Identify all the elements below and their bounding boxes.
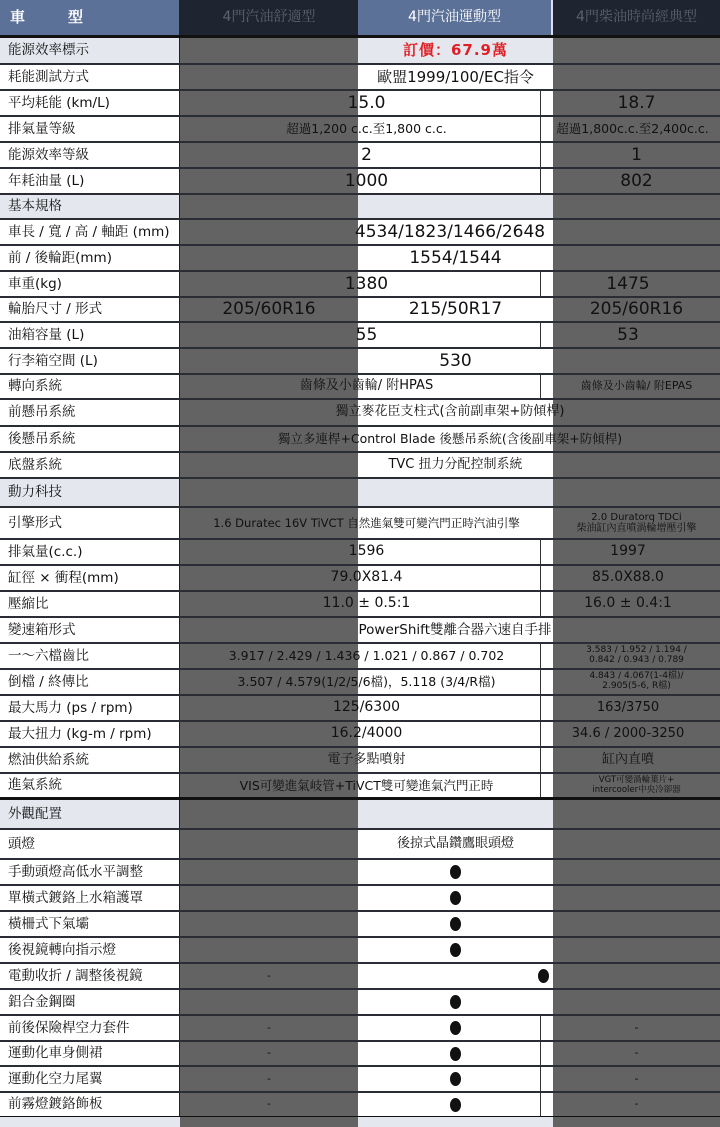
cell (358, 1042, 553, 1065)
table-row: 平均耗能 (km/L) 15.0 18.7 (0, 91, 720, 117)
cell (553, 38, 720, 63)
row-label: 轉向系統 (0, 375, 180, 398)
cell (553, 800, 720, 828)
cell (180, 1117, 358, 1127)
table-row: 變速箱形式 PowerShift雙離合器六速自手排 (0, 618, 720, 644)
table-row: 燃油供給系統 電子多點噴射 缸內直噴 (0, 748, 720, 774)
cell-value: - (180, 1093, 358, 1116)
divider (540, 91, 541, 115)
row-label: 橫柵式下氣壩 (0, 912, 180, 936)
row-label: 最大扭力 (kg-m / rpm) (0, 722, 180, 746)
row-label: 缸徑 × 衝程(mm) (0, 566, 180, 590)
row-label: 排氣量等級 (0, 117, 180, 141)
cell-value: 15.0 (180, 91, 553, 115)
divider (540, 774, 541, 797)
table-row: 能源效率標示 訂價：67.9萬 (0, 38, 720, 65)
cell-value: 79.0X81.4 (180, 566, 553, 590)
price-label: 訂價：67.9萬 (358, 38, 553, 63)
cell-value: 4534/1823/1466/2648 (340, 220, 560, 244)
cell-line: 0.842 / 0.943 / 0.789 (589, 656, 684, 666)
row-label: 年耗油量 (L) (0, 169, 180, 193)
divider (540, 722, 541, 746)
row-label: 油箱容量 (L) (0, 323, 180, 347)
table-row: 鋁合金鋼圈 (0, 990, 720, 1016)
divider (540, 323, 541, 347)
row-label: 耗能測試方式 (0, 65, 180, 89)
cell (358, 1117, 553, 1127)
cell-value: 215/50R17 (358, 298, 553, 321)
cell-value: VGT可變渦輪葉片+ intercooler中央冷卻器 (553, 774, 720, 797)
row-label: 能源效率等級 (0, 143, 180, 167)
row-label: 進氣系統 (0, 774, 180, 797)
cell (553, 618, 720, 642)
divider (540, 169, 541, 193)
cell-value: 獨立麥花臣支柱式(含前副車架+防傾桿) (180, 400, 720, 425)
standard-dot-icon (538, 969, 549, 983)
row-label: 前霧燈鍍鉻飾板 (0, 1093, 180, 1116)
cell-value: - (553, 1093, 720, 1116)
cell-value: 802 (553, 169, 720, 193)
cell-value: 超過1,200 c.c.至1,800 c.c. (180, 117, 553, 141)
table-row: 前 / 後輪距(mm) 1554/1544 (0, 246, 720, 272)
standard-dot-icon (450, 1072, 461, 1086)
table-row: 電動收折 / 調整後視鏡 - (0, 964, 720, 990)
cell-value: 85.0X88.0 (553, 566, 703, 590)
table-row: 能源效率等級 2 1 (0, 143, 720, 169)
cell (553, 912, 720, 936)
table-row: 耗能測試方式 歐盟1999/100/EC指令 (0, 65, 720, 91)
table-row: 橫柵式下氣壩 (0, 912, 720, 938)
cell-value: 53 (553, 323, 703, 347)
section-title: 動力科技 (0, 479, 180, 506)
divider (540, 748, 541, 772)
table-row: 行李箱空間 (L) 530 (0, 349, 720, 375)
cell (358, 195, 553, 218)
cell (180, 618, 358, 642)
cell-value: 1596 (180, 540, 553, 564)
cell-value: TVC 扭力分配控制系統 (358, 453, 553, 477)
table-row: 一～六檔齒比 3.917 / 2.429 / 1.436 / 1.021 / 0… (0, 644, 720, 670)
row-label: 手動頭燈高低水平調整 (0, 860, 180, 884)
cell (553, 938, 720, 962)
section-header-power: 動力科技 (0, 479, 720, 508)
table-row: 車長 / 寬 / 高 / 軸距 (mm) 4534/1823/1466/2648 (0, 220, 720, 246)
row-label: 最大馬力 (ps / rpm) (0, 696, 180, 720)
cell-value: 4.843 / 4.067(1-4檔)/ 2.905(5-6, R檔) (553, 670, 720, 694)
table-row: 底盤系統 TVC 扭力分配控制系統 (0, 453, 720, 479)
row-label: 前懸吊系統 (0, 400, 180, 425)
table-row: 缸徑 × 衝程(mm) 79.0X81.4 85.0X88.0 (0, 566, 720, 592)
divider (540, 670, 541, 694)
row-label: 後懸吊系統 (0, 427, 180, 451)
cell (180, 886, 358, 910)
cell (553, 886, 720, 910)
cell (180, 479, 358, 506)
cell-value: 1475 (553, 272, 703, 296)
cell (553, 220, 720, 244)
cell (180, 990, 358, 1014)
divider (540, 696, 541, 720)
next-section-strip (0, 1117, 720, 1127)
cell (358, 964, 553, 988)
cell (553, 860, 720, 884)
cell-value: - (180, 1016, 358, 1040)
divider (540, 1016, 541, 1040)
row-label: 電動收折 / 調整後視鏡 (0, 964, 180, 988)
cell (180, 830, 358, 858)
cell-value: 2 (180, 143, 553, 167)
cell (358, 886, 553, 910)
cell-value: 2.0 Duratorq TDCi 柴油缸內直噴渦輪增壓引擎 (553, 508, 720, 538)
row-label: 輪胎尺寸 / 形式 (0, 298, 180, 321)
cell (553, 349, 720, 373)
cell-value: 1554/1544 (358, 246, 553, 270)
cell-value: 3.507 / 4.579(1/2/5/6檔)，5.118 (3/4/R檔) (180, 670, 553, 694)
standard-dot-icon (450, 943, 461, 957)
row-label: 壓縮比 (0, 592, 180, 616)
cell (553, 453, 720, 477)
cell-value: 3.917 / 2.429 / 1.436 / 1.021 / 0.867 / … (180, 644, 553, 668)
cell-value: 1 (553, 143, 720, 167)
standard-dot-icon (450, 1098, 461, 1112)
cell-line: 柴油缸內直噴渦輪增壓引擎 (577, 523, 697, 534)
divider (540, 592, 541, 616)
table-row: 引擎形式 1.6 Duratec 16V TiVCT 自然進氣雙可變汽門正時汽油… (0, 508, 720, 540)
cell-value: 530 (358, 349, 553, 373)
table-row: 年耗油量 (L) 1000 802 (0, 169, 720, 195)
table-row: 前懸吊系統 獨立麥花臣支柱式(含前副車架+防傾桿) (0, 400, 720, 427)
standard-dot-icon (450, 891, 461, 905)
cell-value: 11.0 ± 0.5:1 (180, 592, 553, 616)
cell-value: 18.7 (553, 91, 720, 115)
cell (358, 912, 553, 936)
cell (553, 246, 720, 270)
row-label: 引擎形式 (0, 508, 180, 538)
cell-value: PowerShift雙離合器六速自手排 (350, 618, 560, 642)
cell-value: 16.2/4000 (180, 722, 553, 746)
row-label: 車重(kg) (0, 272, 180, 296)
cell-line: intercooler中央冷卻器 (592, 786, 680, 795)
table-row: 前後保險桿空力套件 - - (0, 1016, 720, 1042)
section-header-basic: 基本規格 (0, 195, 720, 220)
row-label: 變速箱形式 (0, 618, 180, 642)
table-row: 後懸吊系統 獨立多連桿+Control Blade 後懸吊系統(含後副車架+防傾… (0, 427, 720, 453)
table-row: 手動頭燈高低水平調整 (0, 860, 720, 886)
cell (358, 938, 553, 962)
row-label: 前 / 後輪距(mm) (0, 246, 180, 270)
row-label: 能源效率標示 (0, 38, 180, 63)
standard-dot-icon (450, 917, 461, 931)
table-row: 排氣量(c.c.) 1596 1997 (0, 540, 720, 566)
cell-value: 1380 (180, 272, 553, 296)
divider (540, 143, 541, 167)
row-label: 平均耗能 (km/L) (0, 91, 180, 115)
divider (540, 1042, 541, 1065)
cell-value: - (180, 1067, 358, 1091)
divider (540, 272, 541, 296)
cell-value: 34.6 / 2000-3250 (553, 722, 703, 746)
cell-value: - (553, 1042, 720, 1065)
cell (553, 1117, 720, 1127)
cell (553, 830, 720, 858)
model-comfort-tab[interactable]: 4門汽油舒適型 (180, 0, 358, 35)
cell (358, 990, 553, 1014)
table-row: 頭燈 後掠式晶鑽鷹眼頭燈 (0, 830, 720, 860)
cell-value: - (180, 1042, 358, 1065)
row-label: 鋁合金鋼圈 (0, 990, 180, 1014)
cell-value: 205/60R16 (180, 298, 358, 321)
cell-value: VIS可變進氣岐管+TiVCT雙可變進氣汽門正時 (180, 774, 553, 797)
cell (358, 860, 553, 884)
cell-value: 歐盟1999/100/EC指令 (358, 65, 553, 89)
model-diesel-tab[interactable]: 4門柴油時尚經典型 (553, 0, 720, 35)
cell (180, 220, 358, 244)
cell-value: - (553, 1016, 720, 1040)
model-sport-tab[interactable]: 4門汽油運動型 (358, 0, 553, 35)
table-row: 單橫式鍍鉻上水箱護罩 (0, 886, 720, 912)
cell-value: 後掠式晶鑽鷹眼頭燈 (358, 830, 553, 858)
table-row: 前霧燈鍍鉻飾板 - - (0, 1093, 720, 1119)
cell-line: 2.0 Duratorq TDCi (591, 512, 681, 523)
cell-value: - (553, 1067, 720, 1091)
cell (180, 65, 358, 89)
cell (180, 912, 358, 936)
cell-value: 1997 (553, 540, 703, 564)
cell (553, 195, 720, 218)
cell-value: - (180, 964, 358, 988)
cell (553, 479, 720, 506)
section-title: 外觀配置 (0, 800, 180, 828)
table-row: 運動化空力尾翼 - - (0, 1067, 720, 1093)
cell (180, 938, 358, 962)
row-label: 運動化空力尾翼 (0, 1067, 180, 1091)
row-label: 單橫式鍍鉻上水箱護罩 (0, 886, 180, 910)
row-label: 車長 / 寬 / 高 / 軸距 (mm) (0, 220, 180, 244)
row-label: 運動化車身側裙 (0, 1042, 180, 1065)
row-label: 底盤系統 (0, 453, 180, 477)
section-header-exterior: 外觀配置 (0, 800, 720, 830)
cell-line: 2.905(5-6, R檔) (602, 682, 670, 692)
standard-dot-icon (450, 865, 461, 879)
cell-value: 齒條及小齒輪/ 附HPAS (180, 375, 553, 398)
cell (0, 1117, 181, 1127)
table-row: 後視鏡轉向指示燈 (0, 938, 720, 964)
table-row: 倒檔 / 終傳比 3.507 / 4.579(1/2/5/6檔)，5.118 (… (0, 670, 720, 696)
cell (553, 990, 720, 1014)
table-row: 轉向系統 齒條及小齒輪/ 附HPAS 齒條及小齒輪/ 附EPAS (0, 375, 720, 400)
table-row: 壓縮比 11.0 ± 0.5:1 16.0 ± 0.4:1 (0, 592, 720, 618)
divider (540, 566, 541, 590)
cell-value: 16.0 ± 0.4:1 (553, 592, 703, 616)
cell (180, 246, 358, 270)
cell-value: 超過1,800c.c.至2,400c.c. (545, 117, 720, 141)
cell-value: 1000 (180, 169, 553, 193)
cell-value: 齒條及小齒輪/ 附EPAS (553, 375, 720, 398)
cell (180, 195, 358, 218)
cell (553, 65, 720, 89)
cell (180, 860, 358, 884)
cell-value: 電子多點噴射 (180, 748, 553, 772)
standard-dot-icon (450, 995, 461, 1009)
section-title: 基本規格 (0, 195, 180, 218)
divider (540, 375, 541, 398)
divider (540, 1067, 541, 1091)
cell (358, 479, 553, 506)
row-label: 燃油供給系統 (0, 748, 180, 772)
table-row: 進氣系統 VIS可變進氣岐管+TiVCT雙可變進氣汽門正時 VGT可變渦輪葉片+… (0, 774, 720, 800)
standard-dot-icon (450, 1021, 461, 1035)
cell (180, 349, 358, 373)
table-row: 油箱容量 (L) 55 53 (0, 323, 720, 349)
cell (553, 964, 720, 988)
cell (180, 800, 358, 828)
cell (180, 453, 358, 477)
cell-value: 125/6300 (180, 696, 553, 720)
cell (180, 38, 358, 63)
divider (540, 540, 541, 564)
row-label: 一～六檔齒比 (0, 644, 180, 668)
cell-value: 163/3750 (553, 696, 703, 720)
divider (540, 117, 541, 141)
row-label: 頭燈 (0, 830, 180, 858)
table-header: 車 型 4門汽油舒適型 4門汽油運動型 4門柴油時尚經典型 (0, 0, 720, 38)
cell-value: 3.583 / 1.952 / 1.194 / 0.842 / 0.943 / … (553, 644, 720, 668)
row-label: 後視鏡轉向指示燈 (0, 938, 180, 962)
divider (540, 1093, 541, 1116)
row-label: 倒檔 / 終傳比 (0, 670, 180, 694)
divider (540, 644, 541, 668)
table-row: 運動化車身側裙 - - (0, 1042, 720, 1067)
table-row: 排氣量等級 超過1,200 c.c.至1,800 c.c. 超過1,800c.c… (0, 117, 720, 143)
row-label: 前後保險桿空力套件 (0, 1016, 180, 1040)
row-label: 排氣量(c.c.) (0, 540, 180, 564)
row-label: 行李箱空間 (L) (0, 349, 180, 373)
cell-value: 55 (180, 323, 553, 347)
cell-value: 缸內直噴 (553, 748, 703, 772)
table-row: 車重(kg) 1380 1475 (0, 272, 720, 298)
cell (358, 1016, 553, 1040)
cell (358, 1093, 553, 1116)
header-label: 車 型 (0, 0, 180, 35)
table-row: 最大扭力 (kg-m / rpm) 16.2/4000 34.6 / 2000-… (0, 722, 720, 748)
table-row: 最大馬力 (ps / rpm) 125/6300 163/3750 (0, 696, 720, 722)
cell-value: 205/60R16 (553, 298, 720, 321)
table-row: 輪胎尺寸 / 形式 205/60R16 215/50R17 205/60R16 (0, 298, 720, 323)
cell-value: 1.6 Duratec 16V TiVCT 自然進氣雙可變汽門正時汽油引擎 (180, 508, 553, 538)
cell (358, 800, 553, 828)
standard-dot-icon (450, 1047, 461, 1061)
cell-value: 獨立多連桿+Control Blade 後懸吊系統(含後副車架+防傾桿) (180, 427, 720, 451)
cell (358, 1067, 553, 1091)
